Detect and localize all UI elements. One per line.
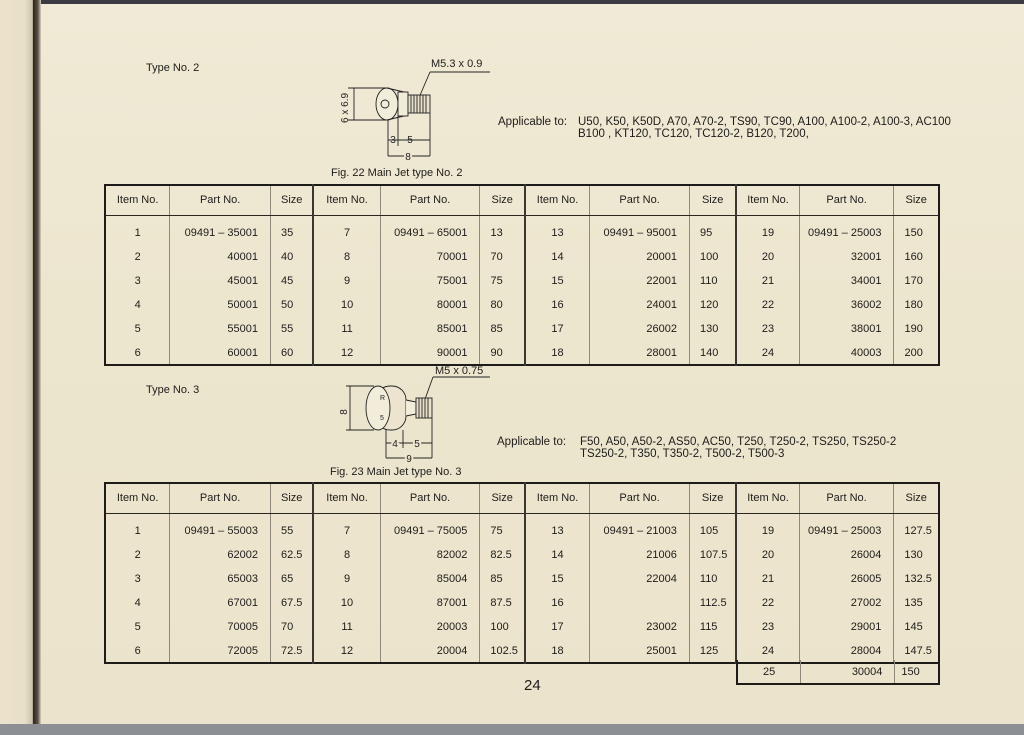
type2-jet-diagram: 6 x 6.9 3 5 8 bbox=[330, 70, 490, 166]
type3-figure-caption: Fig. 23 Main Jet type No. 3 bbox=[330, 466, 461, 478]
part-no: 90001 bbox=[380, 341, 480, 365]
type3-jet-diagram: R 5 8 4 5 9 bbox=[340, 376, 490, 466]
size: 170 bbox=[894, 269, 939, 293]
item-no: 7 bbox=[313, 513, 380, 543]
table-row: 240001408700017014200011002032001160 bbox=[105, 245, 939, 269]
size: 75 bbox=[480, 269, 525, 293]
item-no: 14 bbox=[525, 245, 590, 269]
item-no: 10 bbox=[313, 293, 380, 317]
size: 130 bbox=[894, 543, 939, 567]
item-no: 8 bbox=[313, 245, 380, 269]
size: 100 bbox=[689, 245, 736, 269]
part-no: 20001 bbox=[590, 245, 690, 269]
size: 120 bbox=[689, 293, 736, 317]
size: 180 bbox=[894, 293, 939, 317]
column-header: Part No. bbox=[170, 483, 271, 513]
size: 70 bbox=[480, 245, 525, 269]
column-header: Item No. bbox=[525, 185, 590, 215]
size: 132.5 bbox=[894, 567, 939, 591]
part-no: 30004 bbox=[800, 660, 894, 683]
column-header: Size bbox=[270, 483, 313, 513]
part-no: 20004 bbox=[380, 639, 480, 663]
item-no: 2 bbox=[105, 245, 170, 269]
item-no: 12 bbox=[313, 639, 380, 663]
column-header: Part No. bbox=[799, 483, 894, 513]
table-row: 365003659850048515220041102126005132.5 bbox=[105, 567, 939, 591]
table-row: 109491 – 5500355709491 – 75005751309491 … bbox=[105, 513, 939, 543]
type2-height-dim: 6 x 6.9 bbox=[340, 93, 351, 123]
part-no: 67001 bbox=[170, 591, 271, 615]
applicable-models: F50, A50, A50-2, AS50, AC50, T250, T250-… bbox=[580, 436, 896, 460]
part-no: 36002 bbox=[799, 293, 894, 317]
size: 160 bbox=[894, 245, 939, 269]
item-no: 9 bbox=[313, 567, 380, 591]
size: 90 bbox=[480, 341, 525, 365]
svg-text:R: R bbox=[380, 395, 385, 402]
applicable-models: U50, K50, K50D, A70, A70-2, TS90, TC90, … bbox=[578, 116, 951, 140]
item-no: 3 bbox=[105, 567, 170, 591]
table-row: 26200262.588200282.51421006107.520260041… bbox=[105, 543, 939, 567]
size: 130 bbox=[689, 317, 736, 341]
type3-title: Type No. 3 bbox=[146, 384, 199, 396]
part-no: 09491 – 25003 bbox=[799, 215, 894, 245]
part-no: 09491 – 65001 bbox=[380, 215, 480, 245]
size: 112.5 bbox=[689, 591, 736, 615]
table-row: 6600016012900019018280011402440003200 bbox=[105, 341, 939, 365]
size: 67.5 bbox=[270, 591, 313, 615]
item-no: 23 bbox=[736, 317, 799, 341]
part-no: 26005 bbox=[799, 567, 894, 591]
item-no: 22 bbox=[736, 591, 799, 615]
item-no: 21 bbox=[736, 269, 799, 293]
table-row: 109491 – 3500135709491 – 65001131309491 … bbox=[105, 215, 939, 245]
left-page-edge bbox=[0, 0, 36, 724]
size: 87.5 bbox=[480, 591, 525, 615]
size: 70 bbox=[270, 615, 313, 639]
item-no: 8 bbox=[313, 543, 380, 567]
part-no: 32001 bbox=[799, 245, 894, 269]
column-header: Item No. bbox=[313, 483, 380, 513]
size: 145 bbox=[894, 615, 939, 639]
item-no: 19 bbox=[736, 513, 799, 543]
part-no: 09491 – 21003 bbox=[590, 513, 690, 543]
part-no: 82002 bbox=[380, 543, 480, 567]
item-no: 15 bbox=[525, 269, 590, 293]
item-no: 23 bbox=[736, 615, 799, 639]
part-no: 26004 bbox=[799, 543, 894, 567]
size: 55 bbox=[270, 513, 313, 543]
part-no: 26002 bbox=[590, 317, 690, 341]
size: 150 bbox=[894, 660, 938, 683]
column-header: Part No. bbox=[380, 185, 480, 215]
size: 135 bbox=[894, 591, 939, 615]
part-no: 29001 bbox=[799, 615, 894, 639]
type3-height-dim: 8 bbox=[340, 409, 350, 415]
item-no: 25 bbox=[738, 660, 800, 683]
part-no: 72005 bbox=[170, 639, 271, 663]
item-no: 3 bbox=[105, 269, 170, 293]
item-no: 4 bbox=[105, 591, 170, 615]
column-header: Item No. bbox=[736, 483, 799, 513]
part-no: 09491 – 55003 bbox=[170, 513, 271, 543]
part-no: 34001 bbox=[799, 269, 894, 293]
size: 140 bbox=[689, 341, 736, 365]
size: 150 bbox=[894, 215, 939, 245]
page-number: 24 bbox=[524, 677, 541, 694]
part-no: 22004 bbox=[590, 567, 690, 591]
column-header: Size bbox=[894, 185, 939, 215]
part-no: 09491 – 75005 bbox=[380, 513, 480, 543]
item-no: 6 bbox=[105, 639, 170, 663]
part-no: 23002 bbox=[590, 615, 690, 639]
size: 110 bbox=[689, 269, 736, 293]
type2-thread-label: M5.3 x 0.9 bbox=[431, 58, 482, 70]
column-header: Size bbox=[480, 185, 525, 215]
item-no: 20 bbox=[736, 543, 799, 567]
item-no: 12 bbox=[313, 341, 380, 365]
item-no: 11 bbox=[313, 615, 380, 639]
item-no: 15 bbox=[525, 567, 590, 591]
table-header-row: Item No.Part No.SizeItem No.Part No.Size… bbox=[105, 185, 939, 215]
column-header: Size bbox=[271, 185, 314, 215]
size: 65 bbox=[270, 567, 313, 591]
item-no: 5 bbox=[105, 317, 170, 341]
table-row: 5550015511850018517260021302338001190 bbox=[105, 317, 939, 341]
size: 85 bbox=[480, 317, 525, 341]
size: 95 bbox=[689, 215, 736, 245]
item-no: 18 bbox=[525, 341, 590, 365]
size: 100 bbox=[480, 615, 525, 639]
item-no: 19 bbox=[736, 215, 799, 245]
part-no: 85001 bbox=[380, 317, 480, 341]
column-header: Item No. bbox=[525, 483, 590, 513]
svg-text:5: 5 bbox=[380, 415, 384, 422]
type3-applicable: Applicable to: F50, A50, A50-2, AS50, AC… bbox=[497, 436, 896, 460]
item-no: 17 bbox=[525, 615, 590, 639]
size: 105 bbox=[689, 513, 736, 543]
part-no: 24001 bbox=[590, 293, 690, 317]
item-no: 17 bbox=[525, 317, 590, 341]
part-no: 38001 bbox=[799, 317, 894, 341]
size: 190 bbox=[894, 317, 939, 341]
applicable-label: Applicable to: bbox=[498, 116, 578, 140]
column-header: Item No. bbox=[736, 185, 799, 215]
type3-extra-row: 25 30004 150 bbox=[736, 660, 940, 685]
part-no: 40003 bbox=[799, 341, 894, 365]
part-no: 09491 – 35001 bbox=[170, 215, 271, 245]
svg-text:4: 4 bbox=[392, 439, 398, 450]
item-no: 24 bbox=[736, 341, 799, 365]
part-no: 09491 – 25003 bbox=[799, 513, 894, 543]
part-no: 09491 – 95001 bbox=[590, 215, 690, 245]
part-no: 28001 bbox=[590, 341, 690, 365]
size: 125 bbox=[689, 639, 736, 663]
column-header: Part No. bbox=[380, 483, 480, 513]
svg-text:8: 8 bbox=[405, 152, 411, 163]
part-no: 20003 bbox=[380, 615, 480, 639]
table-row: 46700167.5108700187.516112.52227002135 bbox=[105, 591, 939, 615]
item-no: 14 bbox=[525, 543, 590, 567]
size: 82.5 bbox=[480, 543, 525, 567]
size: 40 bbox=[271, 245, 314, 269]
column-header: Item No. bbox=[105, 185, 170, 215]
size: 110 bbox=[689, 567, 736, 591]
item-no: 20 bbox=[736, 245, 799, 269]
part-no: 21006 bbox=[590, 543, 690, 567]
type2-parts-table: Item No.Part No.SizeItem No.Part No.Size… bbox=[104, 184, 940, 366]
size: 127.5 bbox=[894, 513, 939, 543]
column-header: Size bbox=[480, 483, 525, 513]
item-no: 9 bbox=[313, 269, 380, 293]
type3-parts-table: Item No.Part No.SizeItem No.Part No.Size… bbox=[104, 482, 940, 664]
size: 75 bbox=[480, 513, 525, 543]
item-no: 1 bbox=[105, 513, 170, 543]
size: 55 bbox=[271, 317, 314, 341]
size: 200 bbox=[894, 341, 939, 365]
part-no: 87001 bbox=[380, 591, 480, 615]
part-no: 62002 bbox=[170, 543, 271, 567]
table-row: 4500015010800018016240011202236002180 bbox=[105, 293, 939, 317]
part-no: 55001 bbox=[170, 317, 271, 341]
column-header: Size bbox=[689, 483, 736, 513]
item-no: 10 bbox=[313, 591, 380, 615]
item-no: 5 bbox=[105, 615, 170, 639]
item-no: 11 bbox=[313, 317, 380, 341]
part-no: 22001 bbox=[590, 269, 690, 293]
size: 115 bbox=[689, 615, 736, 639]
item-no: 16 bbox=[525, 293, 590, 317]
part-no: 27002 bbox=[799, 591, 894, 615]
column-header: Part No. bbox=[799, 185, 894, 215]
size: 85 bbox=[480, 567, 525, 591]
item-no: 13 bbox=[525, 215, 590, 245]
table-row: 345001459750017515220011102134001170 bbox=[105, 269, 939, 293]
item-no: 13 bbox=[525, 513, 590, 543]
size: 80 bbox=[480, 293, 525, 317]
table-row: 57000570112000310017230021152329001145 bbox=[105, 615, 939, 639]
column-header: Part No. bbox=[590, 483, 690, 513]
item-no: 4 bbox=[105, 293, 170, 317]
part-no: 25001 bbox=[590, 639, 690, 663]
item-no: 21 bbox=[736, 567, 799, 591]
column-header: Part No. bbox=[170, 185, 271, 215]
part-no bbox=[590, 591, 690, 615]
size: 50 bbox=[271, 293, 314, 317]
type2-figure-caption: Fig. 22 Main Jet type No. 2 bbox=[331, 167, 462, 179]
part-no: 45001 bbox=[170, 269, 271, 293]
part-no: 70005 bbox=[170, 615, 271, 639]
part-no: 65003 bbox=[170, 567, 271, 591]
size: 102.5 bbox=[480, 639, 525, 663]
column-header: Part No. bbox=[590, 185, 690, 215]
part-no: 75001 bbox=[380, 269, 480, 293]
svg-text:9: 9 bbox=[406, 454, 412, 465]
part-no: 70001 bbox=[380, 245, 480, 269]
svg-text:3: 3 bbox=[390, 135, 396, 146]
applicable-label: Applicable to: bbox=[497, 436, 580, 460]
type2-title: Type No. 2 bbox=[146, 62, 199, 74]
type2-applicable: Applicable to: U50, K50, K50D, A70, A70-… bbox=[498, 116, 951, 140]
size: 62.5 bbox=[270, 543, 313, 567]
size: 72.5 bbox=[270, 639, 313, 663]
item-no: 6 bbox=[105, 341, 170, 365]
svg-text:5: 5 bbox=[407, 135, 413, 146]
part-no: 80001 bbox=[380, 293, 480, 317]
column-header: Item No. bbox=[313, 185, 380, 215]
svg-text:5: 5 bbox=[414, 439, 420, 450]
item-no: 16 bbox=[525, 591, 590, 615]
size: 60 bbox=[271, 341, 314, 365]
size: 35 bbox=[271, 215, 314, 245]
column-header: Size bbox=[689, 185, 736, 215]
book-spine bbox=[33, 0, 41, 724]
part-no: 50001 bbox=[170, 293, 271, 317]
item-no: 1 bbox=[105, 215, 170, 245]
item-no: 22 bbox=[736, 293, 799, 317]
column-header: Item No. bbox=[105, 483, 170, 513]
size: 107.5 bbox=[689, 543, 736, 567]
column-header: Size bbox=[894, 483, 939, 513]
item-no: 7 bbox=[313, 215, 380, 245]
part-no: 60001 bbox=[170, 341, 271, 365]
part-no: 40001 bbox=[170, 245, 271, 269]
item-no: 2 bbox=[105, 543, 170, 567]
item-no: 18 bbox=[525, 639, 590, 663]
size: 45 bbox=[271, 269, 314, 293]
table-header-row: Item No.Part No.SizeItem No.Part No.Size… bbox=[105, 483, 939, 513]
size: 13 bbox=[480, 215, 525, 245]
part-no: 85004 bbox=[380, 567, 480, 591]
